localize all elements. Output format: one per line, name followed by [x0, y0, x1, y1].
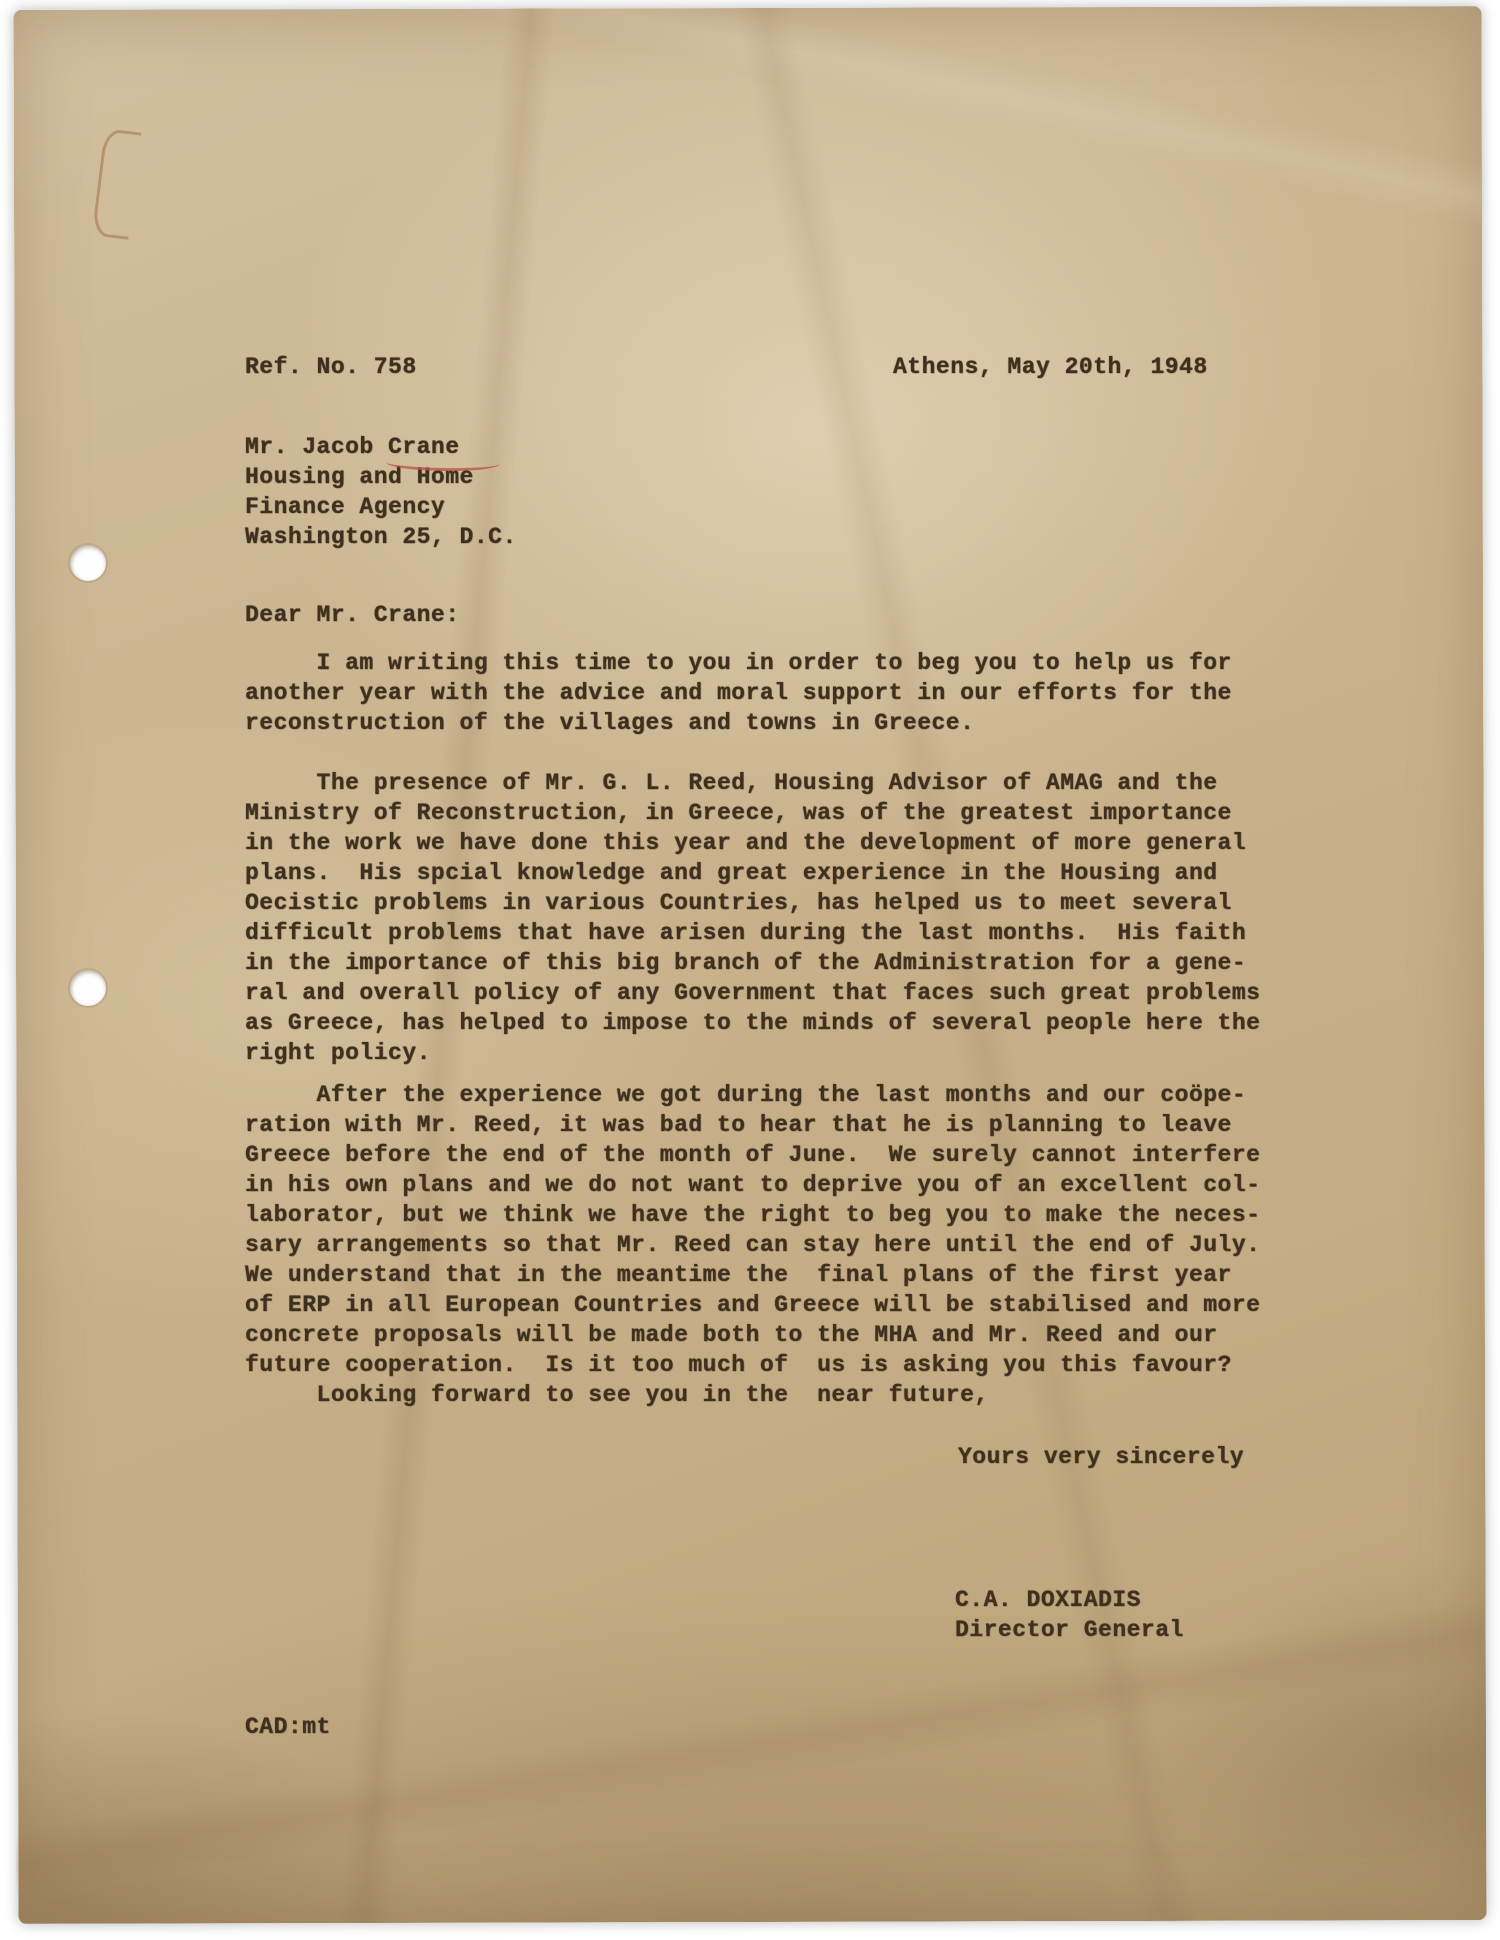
- paragraph-2: The presence of Mr. G. L. Reed, Housing …: [245, 768, 1260, 1068]
- valediction: Yours very sincerely: [958, 1442, 1244, 1472]
- signature-name: C.A. DOXIADIS: [955, 1585, 1141, 1615]
- recipient-address: Mr. Jacob Crane Housing and Home Finance…: [245, 432, 517, 552]
- dateline: Athens, May 20th, 1948: [893, 352, 1208, 382]
- signature-title: Director General: [955, 1615, 1184, 1645]
- reference-number: Ref. No. 758: [245, 352, 417, 382]
- punch-hole-top: [70, 545, 106, 581]
- paragraph-1: I am writing this time to you in order t…: [245, 648, 1232, 738]
- closing-line: Looking forward to see you in the near f…: [245, 1380, 989, 1410]
- paragraph-3: After the experience we got during the l…: [245, 1080, 1260, 1380]
- typist-initials: CAD:mt: [245, 1712, 331, 1742]
- punch-hole-bottom: [70, 970, 106, 1006]
- salutation: Dear Mr. Crane:: [245, 600, 460, 630]
- scanned-letter-page: Ref. No. 758 Athens, May 20th, 1948 Mr. …: [0, 0, 1500, 1940]
